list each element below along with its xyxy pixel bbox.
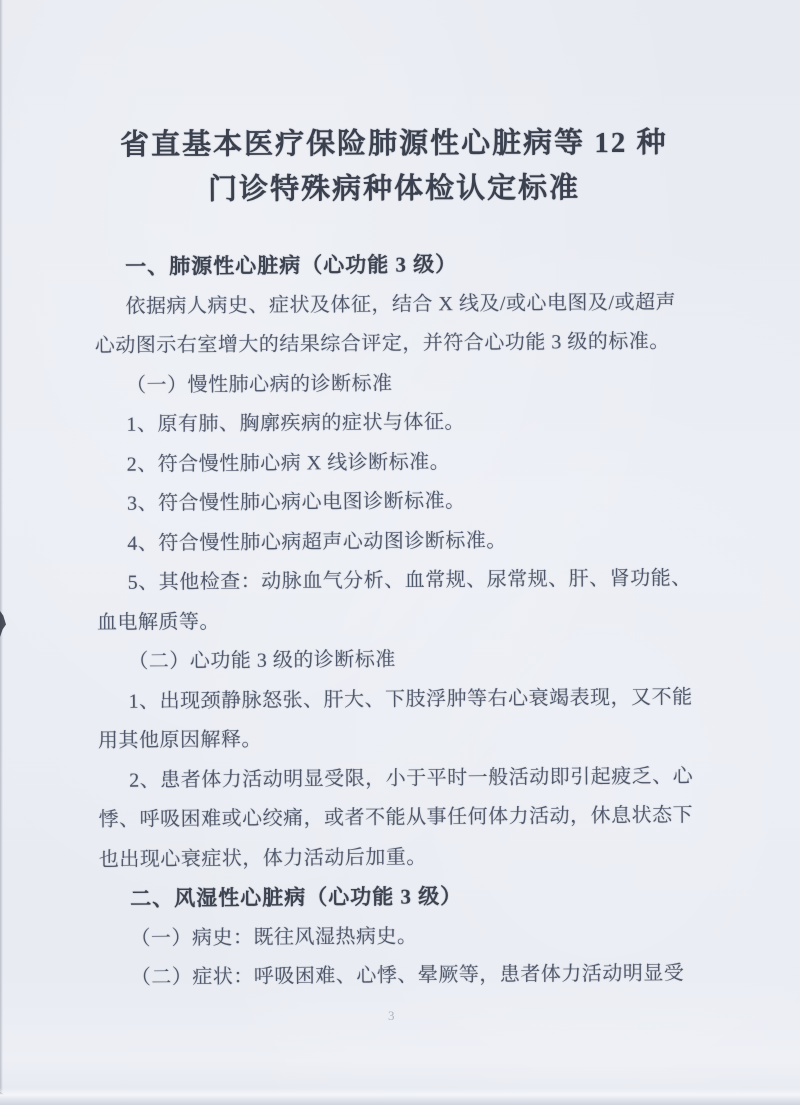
document-line: 1、原有肺、胸廓疾病的症状与体征。: [95, 401, 707, 445]
document-line: 5、其他检查：动脉血气分析、血常规、尿常规、肝、肾功能、: [97, 559, 709, 603]
section-heading: 二、风湿性心脏病（心功能 3 级）: [99, 875, 711, 919]
document-line: 1、出现颈静脉怒张、肝大、下肢浮肿等右心衰竭表现，又不能: [97, 678, 709, 722]
page-number: 3: [388, 1008, 395, 1024]
document-line: 心动图示右室增大的结果综合评定，并符合心功能 3 级的标准。: [95, 322, 707, 366]
document-title-line-1: 省直基本医疗保险肺源性心脏病等 12 种: [0, 120, 788, 168]
document-line: 2、符合慢性肺心病 X 线诊断标准。: [96, 441, 708, 485]
document-line: （一）慢性肺心病的诊断标准: [95, 362, 707, 406]
scan-bottom-edge: [0, 1088, 800, 1105]
scan-ink-speck: [0, 611, 6, 637]
document-line: 血电解质等。: [97, 599, 709, 643]
document-line: 4、符合慢性肺心病超声心动图诊断标准。: [96, 520, 708, 564]
document-line: （二）症状：呼吸困难、心悸、晕厥等，患者体力活动明显受: [100, 954, 712, 998]
document-line: 2、患者体力活动明显受限，小于平时一般活动即引起疲乏、心: [98, 757, 710, 801]
document-title: 省直基本医疗保险肺源性心脏病等 12 种 门诊特殊病种体检认定标准: [0, 120, 788, 213]
document-line: （一）病史：既往风湿热病史。: [99, 915, 711, 959]
document-line: 依据病人病史、症状及体征，结合 X 线及/或心电图及/或超声: [94, 283, 706, 327]
document-line: 用其他原因解释。: [98, 717, 710, 761]
document-line: 悸、呼吸困难或心绞痛，或者不能从事任何体力活动，休息状态下: [98, 796, 710, 840]
document-line: （二）心功能 3 级的诊断标准: [97, 638, 709, 682]
section-heading: 一、肺源性心脏病（心功能 3 级）: [94, 243, 706, 287]
document-line: 也出现心衰症状，体力活动后加重。: [99, 836, 711, 880]
scanned-page: 省直基本医疗保险肺源性心脏病等 12 种 门诊特殊病种体检认定标准 一、肺源性心…: [0, 0, 800, 1105]
document-line: 3、符合慢性肺心病心电图诊断标准。: [96, 480, 708, 524]
document-title-line-2: 门诊特殊病种体检认定标准: [0, 165, 788, 213]
document-body: 一、肺源性心脏病（心功能 3 级）依据病人病史、症状及体征，结合 X 线及/或心…: [94, 243, 712, 998]
